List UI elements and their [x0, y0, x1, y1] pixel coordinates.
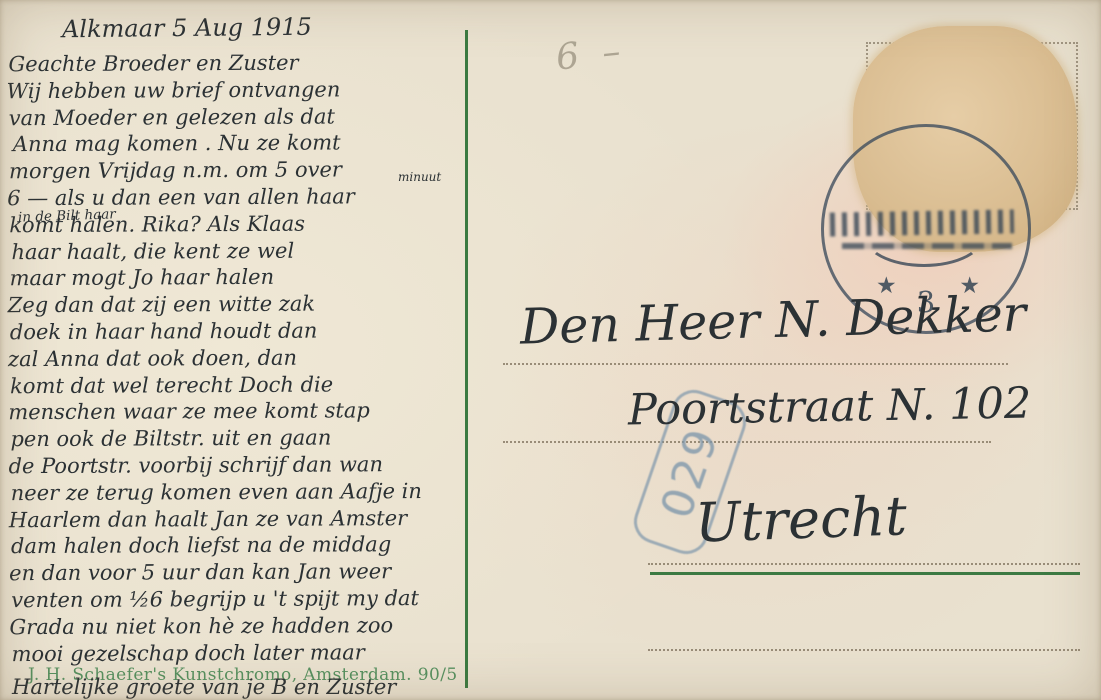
message-closing: Hartelijke groete van je B en Zuster — [12, 675, 396, 699]
message-line: Wij hebben uw brief ontvangen — [7, 76, 465, 105]
message-line: dam halen doch liefst na de middag — [11, 531, 467, 560]
address-rule-4 — [648, 649, 1080, 651]
message-superscript-note: minuut — [398, 170, 441, 184]
address-city: Utrecht — [694, 484, 908, 554]
message-line: morgen Vrijdag n.m. om 5 over — [9, 156, 465, 185]
address-rule-2 — [503, 441, 991, 443]
address-green-rule — [650, 572, 1080, 575]
message-line: haar haalt, die kent ze wel — [11, 236, 465, 265]
message-line: en dan voor 5 uur dan kan Jan weer — [9, 558, 467, 587]
message-line: Anna mag komen . Nu ze komt — [13, 129, 465, 158]
message-body: Geachte Broeder en Zuster Wij hebben uw … — [6, 49, 467, 668]
address-street: Poortstraat N. 102 — [628, 378, 1032, 435]
message-line: venten om ½6 begrijp u 't spijt my dat — [11, 585, 467, 614]
postcard-back: Alkmaar 5 Aug 1915 Geachte Broeder en Zu… — [0, 0, 1101, 700]
message-line: menschen waar ze mee komt stap — [8, 397, 466, 426]
address-rule-3 — [648, 563, 1080, 565]
address-rule-1 — [503, 363, 1008, 365]
message-line: van Moeder en gelezen als dat — [9, 102, 465, 131]
message-line: mooi gezelschap doch later maar — [11, 638, 467, 667]
message-line: pen ook de Biltstr. uit en gaan — [10, 424, 466, 453]
message-line: komt dat wel terecht Doch die — [10, 370, 466, 399]
message-line: doek in haar hand houdt dan — [10, 317, 466, 346]
message-line: de Poortstr. voorbij schrijf dan wan — [8, 451, 466, 480]
message-line: zal Anna dat ook doen, dan — [8, 344, 466, 373]
message-line: Haarlem dan haalt Jan ze van Amster — [9, 504, 467, 533]
message-dateline: Alkmaar 5 Aug 1915 — [62, 13, 312, 44]
message-line: maar mogt Jo haar halen — [10, 263, 466, 292]
message-interlinear-insertion: in de Bilt haar — [18, 206, 116, 225]
message-line: Grada nu niet kon hè ze hadden zoo — [9, 612, 467, 641]
message-line: neer ze terug komen even aan Aafje in — [11, 478, 467, 507]
postmark-inner-arc — [862, 201, 986, 267]
address-recipient: Den Heer N. Dekker — [519, 285, 1026, 355]
message-line: Geachte Broeder en Zuster — [8, 49, 464, 78]
message-line: Zeg dan dat zij een witte zak — [8, 290, 466, 319]
pencil-note: 6 – — [554, 30, 628, 78]
